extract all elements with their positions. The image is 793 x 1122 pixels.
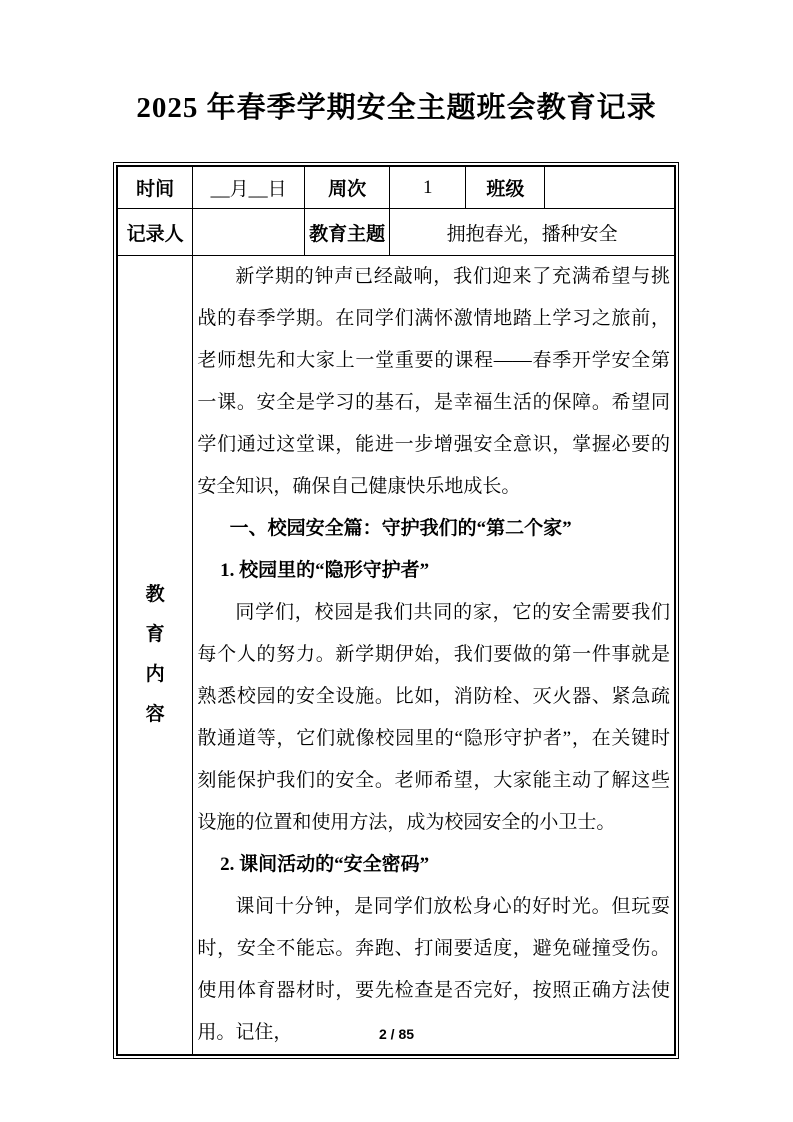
table-row: 时间 __月__日 周次 1 班级 bbox=[117, 166, 675, 209]
content-paragraphs: 新学期的钟声已经敲响，我们迎来了充满希望与挑战的春季学期。在同学们满怀激情地踏上… bbox=[197, 256, 670, 1054]
time-label: 时间 bbox=[117, 166, 193, 209]
week-value: 1 bbox=[390, 166, 466, 209]
class-label: 班级 bbox=[466, 166, 545, 209]
week-label: 周次 bbox=[304, 166, 389, 209]
content-cell: 新学期的钟声已经敲响，我们迎来了充满希望与挑战的春季学期。在同学们满怀激情地踏上… bbox=[193, 256, 675, 1056]
content-paragraph: 同学们，校园是我们共同的家，它的安全需要我们每个人的努力。新学期伊始，我们要做的… bbox=[197, 592, 670, 844]
recorder-value bbox=[193, 209, 305, 256]
time-value: __月__日 bbox=[193, 166, 305, 209]
record-table: 时间 __月__日 周次 1 班级 记录人 教育主题 拥抱春光，播种安全 bbox=[113, 162, 679, 1059]
content-label-char: 内 bbox=[146, 655, 165, 695]
content-paragraph: 1. 校园里的“隐形守护者” bbox=[197, 550, 670, 592]
page-number: 2 / 85 bbox=[0, 1026, 793, 1042]
class-value bbox=[545, 166, 675, 209]
recorder-label: 记录人 bbox=[117, 209, 193, 256]
content-paragraph: 一、校园安全篇：守护我们的“第二个家” bbox=[197, 508, 670, 550]
content-section-label-text: 教 育 内 容 bbox=[122, 575, 188, 735]
table-row: 记录人 教育主题 拥抱春光，播种安全 bbox=[117, 209, 675, 256]
topic-value: 拥抱春光，播种安全 bbox=[390, 209, 675, 256]
content-section-label: 教 育 内 容 bbox=[117, 256, 193, 1056]
table-row: 教 育 内 容 新学期的钟声已经敲响，我们迎来了充满希望与挑战的春季学期。在同学… bbox=[117, 256, 675, 1056]
topic-label: 教育主题 bbox=[304, 209, 389, 256]
content-label-char: 教 bbox=[146, 575, 165, 615]
content-paragraph: 2. 课间活动的“安全密码” bbox=[197, 844, 670, 886]
content-label-char: 容 bbox=[146, 695, 165, 735]
content-label-char: 育 bbox=[146, 615, 165, 655]
document-page: 2025 年春季学期安全主题班会教育记录 时间 __月__日 周次 1 班级 bbox=[0, 88, 793, 128]
content-paragraph: 新学期的钟声已经敲响，我们迎来了充满希望与挑战的春季学期。在同学们满怀激情地踏上… bbox=[197, 256, 670, 508]
page-title: 2025 年春季学期安全主题班会教育记录 bbox=[0, 88, 793, 128]
